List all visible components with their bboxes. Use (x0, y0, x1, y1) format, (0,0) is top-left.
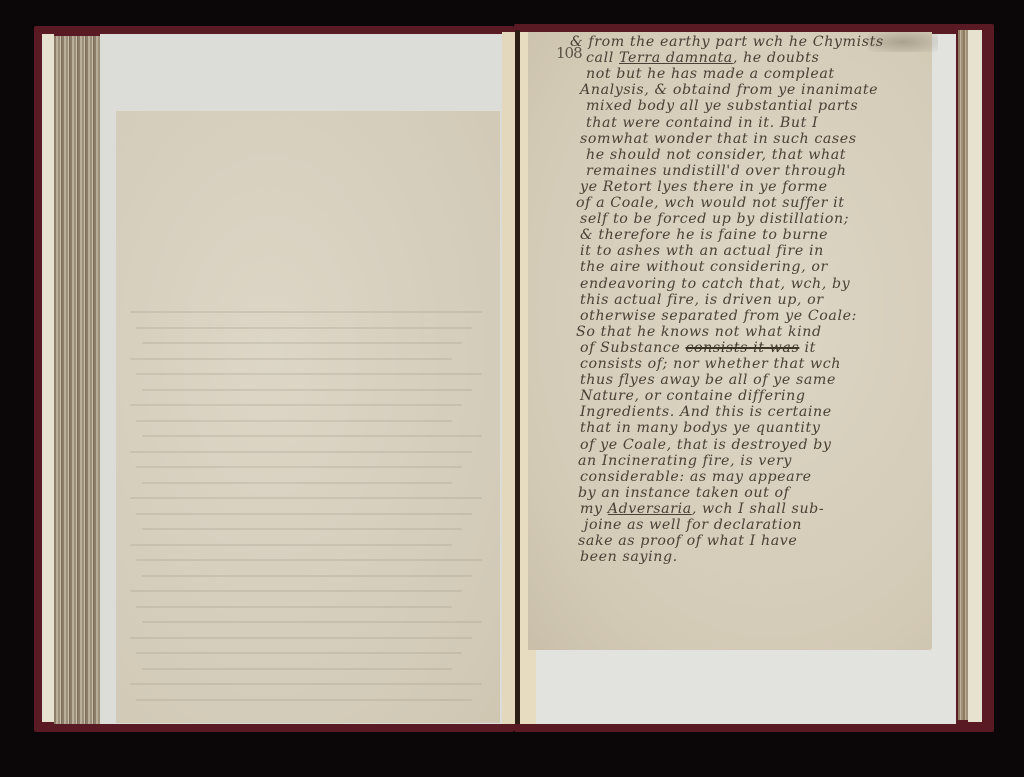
underlined-term: Terra damnata (619, 50, 733, 66)
manuscript-line: my Adversaria, wch I shall sub- (580, 501, 824, 517)
manuscript-line: he should not consider, that what (586, 147, 846, 163)
show-through-line (136, 513, 472, 515)
line-text: of Substance (580, 340, 685, 356)
line-text: it to ashes wth an actual fire in (580, 243, 824, 259)
manuscript-line: mixed body all ye substantial parts (586, 98, 858, 114)
line-text: by an instance taken out of (578, 485, 790, 501)
line-text: remaines undistill'd over through (586, 163, 847, 179)
line-text: an Incinerating fire, is very (578, 453, 792, 469)
manuscript-line: that in many bodys ye quantity (580, 420, 820, 436)
left-letter-page (116, 111, 500, 723)
line-text: call (586, 50, 619, 66)
show-through-line (130, 404, 462, 406)
line-text: not but he has made a compleat (586, 66, 835, 82)
line-text: otherwise separated from ye Coale: (580, 308, 857, 324)
line-text: of ye Coale, that is destroyed by (580, 437, 832, 453)
page-edges-right (958, 30, 968, 720)
show-through-line (130, 358, 452, 360)
manuscript-line: it to ashes wth an actual fire in (580, 243, 824, 259)
line-text: he should not consider, that what (586, 147, 846, 163)
manuscript-line: that were containd in it. But I (586, 115, 818, 131)
show-through-line (130, 544, 452, 546)
show-through-line (130, 451, 472, 453)
show-through-line (136, 327, 472, 329)
show-through-line (130, 311, 482, 313)
struck-out-text: consists it was (685, 340, 799, 356)
line-text: it (799, 340, 816, 356)
manuscript-line: of a Coale, wch would not suffer it (576, 195, 845, 211)
manuscript-line: somwhat wonder that in such cases (580, 131, 857, 147)
line-text: thus flyes away be all of ye same (580, 372, 836, 388)
line-text: Ingredients. And this is certaine (580, 404, 832, 420)
show-through-line (130, 497, 482, 499)
manuscript-line: thus flyes away be all of ye same (580, 372, 836, 388)
line-text: that in many bodys ye quantity (580, 420, 820, 436)
manuscript-line: call Terra damnata, he doubts (586, 50, 819, 66)
line-text: joine as well for declaration (584, 517, 802, 533)
manuscript-line: & from the earthy part wch he Chymists (570, 34, 884, 50)
show-through-line (136, 373, 482, 375)
show-through-line (136, 466, 462, 468)
line-text: , he doubts (733, 50, 820, 66)
line-text: So that he knows not what kind (576, 324, 822, 340)
line-text: sake as proof of what I have (578, 533, 797, 549)
line-text: Analysis, & obtaind from ye inanimate (580, 82, 878, 98)
show-through-line (136, 699, 472, 701)
show-through-line (142, 668, 452, 670)
gutter-left (502, 32, 516, 724)
manuscript-line: consists of; nor whether that wch (580, 356, 841, 372)
show-through-line (142, 621, 482, 623)
underlined-term: Adversaria (608, 501, 692, 517)
line-text: somwhat wonder that in such cases (580, 131, 857, 147)
left-endpaper (42, 34, 54, 722)
manuscript-line: considerable: as may appeare (580, 469, 812, 485)
show-through-line (142, 389, 472, 391)
line-text: that were containd in it. But I (586, 115, 818, 131)
manuscript-line: joine as well for declaration (584, 517, 802, 533)
show-through-line (136, 606, 452, 608)
manuscript-line: endeavoring to catch that, wch, by (580, 276, 850, 292)
manuscript-line: an Incinerating fire, is very (578, 453, 792, 469)
show-through-line (142, 575, 472, 577)
show-through-line (142, 482, 452, 484)
manuscript-line: Analysis, & obtaind from ye inanimate (580, 82, 878, 98)
line-text: the aire without considering, or (580, 259, 828, 275)
line-text: consists of; nor whether that wch (580, 356, 841, 372)
manuscript-line: self to be forced up by distillation; (580, 211, 849, 227)
manuscript-line: this actual fire, is driven up, or (580, 292, 824, 308)
manuscript-line: of Substance consists it was it (580, 340, 816, 356)
show-through-line (130, 683, 482, 685)
manuscript-line: ye Retort lyes there in ye forme (580, 179, 828, 195)
manuscript-line: sake as proof of what I have (578, 533, 797, 549)
show-through-line (136, 652, 462, 654)
manuscript-line: So that he knows not what kind (576, 324, 822, 340)
manuscript-line: by an instance taken out of (578, 485, 790, 501)
manuscript-line: Nature, or containe differing (580, 388, 806, 404)
line-text: self to be forced up by distillation; (580, 211, 849, 227)
line-text: considerable: as may appeare (580, 469, 812, 485)
show-through-line (142, 528, 462, 530)
show-through-line (142, 435, 482, 437)
manuscript-line: not but he has made a compleat (586, 66, 835, 82)
manuscript-line: of ye Coale, that is destroyed by (580, 437, 832, 453)
show-through-line (136, 420, 452, 422)
manuscript-line: the aire without considering, or (580, 259, 828, 275)
line-text: Nature, or containe differing (580, 388, 806, 404)
show-through-line (130, 637, 472, 639)
line-text: this actual fire, is driven up, or (580, 292, 824, 308)
right-endpaper (968, 30, 982, 722)
line-text: mixed body all ye substantial parts (586, 98, 858, 114)
show-through-line (130, 590, 462, 592)
manuscript-line: & therefore he is faine to burne (580, 227, 828, 243)
line-text: been saying. (580, 549, 678, 565)
manuscript-line: been saying. (580, 549, 678, 565)
line-text: my (580, 501, 608, 517)
manuscript-line: remaines undistill'd over through (586, 163, 847, 179)
line-text: & from the earthy part wch he Chymists (570, 34, 884, 50)
page-edges-left (54, 36, 100, 724)
right-letter-page: 108 & from the earthy part wch he Chymis… (528, 32, 932, 650)
line-text: of a Coale, wch would not suffer it (576, 195, 845, 211)
manuscript-line: Ingredients. And this is certaine (580, 404, 832, 420)
show-through-line (142, 342, 462, 344)
line-text: ye Retort lyes there in ye forme (580, 179, 828, 195)
line-text: endeavoring to catch that, wch, by (580, 276, 850, 292)
show-through-line (136, 559, 482, 561)
manuscript-line: otherwise separated from ye Coale: (580, 308, 857, 324)
line-text: , wch I shall sub- (692, 501, 824, 517)
line-text: & therefore he is faine to burne (580, 227, 828, 243)
